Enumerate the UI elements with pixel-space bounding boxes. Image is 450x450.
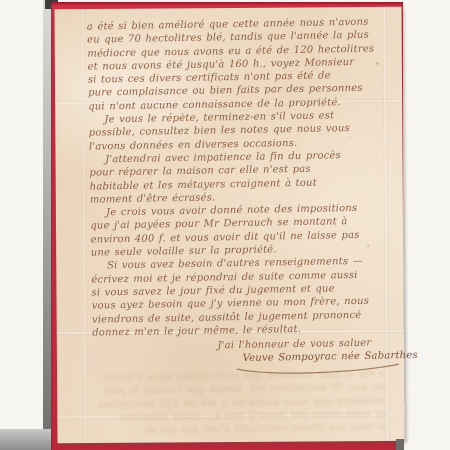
signature-text: Veuve Sompoyrac née Sabarthes [243,350,418,364]
ink-bleed-through: a été si bien amélioré que cette année n… [85,368,386,439]
backdrop-corner-fragment-bottom-right [396,439,404,450]
letter-paper: a été si bien amélioré que cette année n… [54,7,404,443]
backdrop-shadow-bottom-left [0,429,52,450]
letter-text: a été si bien amélioré que cette année n… [87,15,405,368]
photo-scene: a été si bien amélioré que cette année n… [0,0,450,450]
